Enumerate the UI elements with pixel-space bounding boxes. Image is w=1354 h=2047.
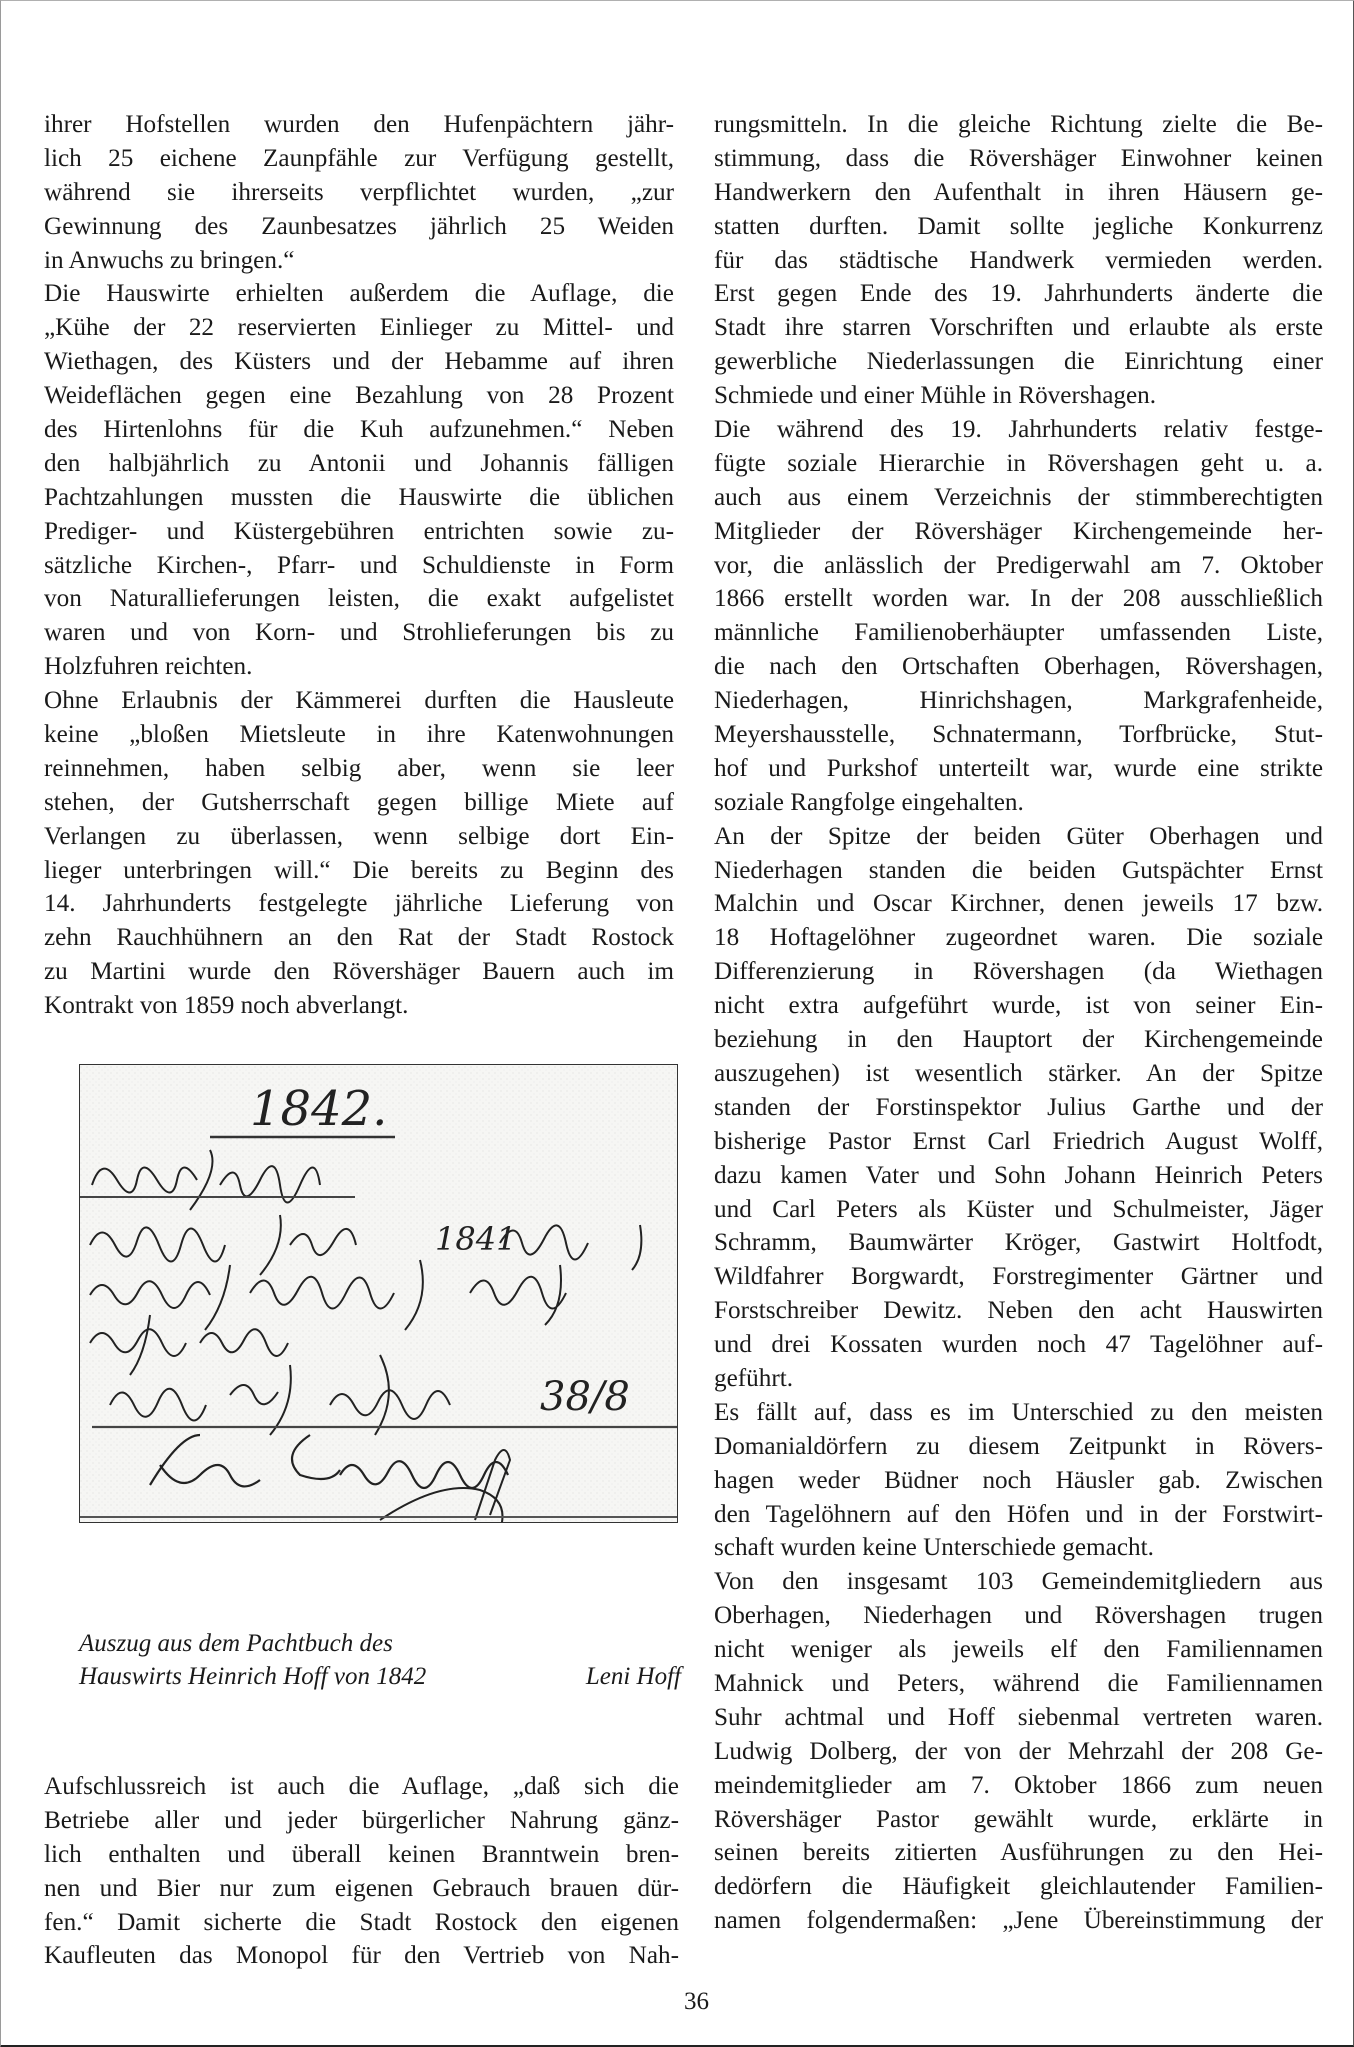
text-line: schaft wurden keine Unterschiede gemacht… — [714, 1531, 1323, 1565]
text-line: Meyershausstelle, Schnatermann, Torfbrüc… — [714, 718, 1323, 752]
text-line: sätzliche Kirchen-, Pfarr- und Schuldien… — [44, 549, 674, 583]
handwritten-ledger-image: 1842. 1841 38/8 — [79, 1064, 678, 1523]
text-line: stehen, der Gutsherrschaft gegen billige… — [44, 786, 674, 820]
text-line: nicht extra aufgeführt wurde, ist von se… — [714, 989, 1323, 1023]
text-line: Gewinnung des Zaunbesatzes jährlich 25 W… — [44, 210, 674, 244]
right-column-text: rungsmitteln. In die gleiche Richtung zi… — [714, 108, 1323, 1938]
text-line: nen und Bier nur zum eigenen Gebrauch br… — [44, 1872, 679, 1906]
handwriting-illustration: 1842. 1841 38/8 — [80, 1065, 677, 1522]
text-line: Die Hauswirte erhielten außerdem die Auf… — [44, 277, 674, 311]
text-line: dazu kamen Vater und Sohn Johann Heinric… — [714, 1159, 1323, 1193]
page-number: 36 — [684, 1988, 709, 2016]
text-line: 1866 erstellt worden war. In der 208 aus… — [714, 582, 1323, 616]
text-line: ihrer Hofstellen wurden den Hufenpächter… — [44, 108, 674, 142]
text-line: Verlangen zu überlassen, wenn selbige do… — [44, 820, 674, 854]
left-column-bottom-text: Aufschlussreich ist auch die Auflage, „d… — [44, 1770, 679, 1973]
text-line: Handwerkern den Aufenthalt in ihren Häus… — [714, 176, 1323, 210]
text-line: Ohne Erlaubnis der Kämmerei durften die … — [44, 684, 674, 718]
text-line: den halbjährlich zu Antonii und Johannis… — [44, 447, 674, 481]
text-line: geführt. — [714, 1362, 1323, 1396]
caption-line: Auszug aus dem Pachtbuch des — [79, 1627, 681, 1660]
figure-caption: Auszug aus dem Pachtbuch des Hauswirts H… — [79, 1627, 681, 1693]
text-line: fügte soziale Hierarchie in Rövershagen … — [714, 447, 1323, 481]
book-page: ihrer Hofstellen wurden den Hufenpächter… — [0, 0, 1354, 2047]
text-line: vor, die anlässlich der Predigerwahl am … — [714, 549, 1323, 583]
text-line: Schmiede und einer Mühle in Rövershagen. — [714, 379, 1323, 413]
text-line: Es fällt auf, dass es im Unterschied zu … — [714, 1396, 1323, 1430]
text-line: „Kühe der 22 reservierten Einlieger zu M… — [44, 311, 674, 345]
text-line: Pachtzahlungen mussten die Hauswirte die… — [44, 481, 674, 515]
photo-credit: Leni Hoff — [586, 1660, 681, 1693]
text-line: hof und Purkshof unterteilt war, wurde e… — [714, 752, 1323, 786]
text-line: Ludwig Dolberg, der von der Mehrzahl der… — [714, 1735, 1323, 1769]
text-line: Kontrakt von 1859 noch abverlangt. — [44, 989, 674, 1023]
text-line: Schramm, Baumwärter Kröger, Gastwirt Hol… — [714, 1226, 1323, 1260]
text-line: Niederhagen standen die beiden Gutspächt… — [714, 854, 1323, 888]
text-line: Domanialdörfern zu diesem Zeitpunkt in R… — [714, 1430, 1323, 1464]
text-line: Stadt ihre starren Vorschriften und erla… — [714, 311, 1323, 345]
text-line: standen der Forstinspektor Julius Garthe… — [714, 1091, 1323, 1125]
text-line: Oberhagen, Niederhagen und Rövershagen t… — [714, 1599, 1323, 1633]
text-line: Erst gegen Ende des 19. Jahrhunderts änd… — [714, 277, 1323, 311]
text-line: Mitglieder der Rövershäger Kirchengemein… — [714, 515, 1323, 549]
text-line: den Tagelöhnern auf den Höfen und in der… — [714, 1498, 1323, 1532]
text-line: und Carl Peters als Küster und Schulmeis… — [714, 1193, 1323, 1227]
text-line: Von den insgesamt 103 Gemeindemitglieder… — [714, 1565, 1323, 1599]
text-line: für das städtische Handwerk vermieden we… — [714, 244, 1323, 278]
svg-text:1842.: 1842. — [250, 1081, 387, 1137]
text-line: des Hirtenlohns für die Kuh aufzunehmen.… — [44, 413, 674, 447]
text-line: nicht weniger als jeweils elf den Famili… — [714, 1633, 1323, 1667]
text-line: Rövershäger Pastor gewählt wurde, erklär… — [714, 1803, 1323, 1837]
text-line: Differenzierung in Rövershagen (da Wieth… — [714, 955, 1323, 989]
text-line: 18 Hoftagelöhner zugeordnet waren. Die s… — [714, 921, 1323, 955]
text-line: waren und von Korn- und Strohlieferungen… — [44, 616, 674, 650]
svg-text:1841: 1841 — [435, 1220, 516, 1258]
text-line: Wiethagen, des Küsters und der Hebamme a… — [44, 345, 674, 379]
text-line: statten durften. Damit sollte jegliche K… — [714, 210, 1323, 244]
text-line: und drei Kossaten wurden noch 47 Tagelöh… — [714, 1328, 1323, 1362]
caption-line: Hauswirts Heinrich Hoff von 1842 Leni Ho… — [79, 1660, 681, 1693]
text-line: Malchin und Oscar Kirchner, denen jeweil… — [714, 887, 1323, 921]
text-line: reinnehmen, haben selbig aber, wenn sie … — [44, 752, 674, 786]
caption-text: Hauswirts Heinrich Hoff von 1842 — [79, 1660, 426, 1693]
caption-text: Auszug aus dem Pachtbuch des — [79, 1627, 393, 1660]
text-line: Mahnick und Peters, während die Familien… — [714, 1667, 1323, 1701]
text-line: zehn Rauchhühnern an den Rat der Stadt R… — [44, 921, 674, 955]
text-line: seinen bereits zitierten Ausführungen zu… — [714, 1836, 1323, 1870]
text-line: meindemitglieder am 7. Oktober 1866 zum … — [714, 1769, 1323, 1803]
text-line: fen.“ Damit sicherte die Stadt Rostock d… — [44, 1906, 679, 1940]
text-line: Prediger- und Küstergebühren entrichten … — [44, 515, 674, 549]
text-line: Die während des 19. Jahrhunderts relativ… — [714, 413, 1323, 447]
text-line: Betriebe aller und jeder bürgerlicher Na… — [44, 1804, 679, 1838]
left-column-text: ihrer Hofstellen wurden den Hufenpächter… — [44, 108, 674, 1023]
text-line: Aufschlussreich ist auch die Auflage, „d… — [44, 1770, 679, 1804]
text-line: Niederhagen, Hinrichshagen, Markgrafenhe… — [714, 684, 1323, 718]
text-line: hagen weder Büdner noch Häusler gab. Zwi… — [714, 1464, 1323, 1498]
text-line: 14. Jahrhunderts festgelegte jährliche L… — [44, 887, 674, 921]
text-line: rungsmitteln. In die gleiche Richtung zi… — [714, 108, 1323, 142]
text-line: von Naturallieferungen leisten, die exak… — [44, 582, 674, 616]
svg-text:38/8: 38/8 — [540, 1374, 630, 1420]
text-line: Kaufleuten das Monopol für den Vertrieb … — [44, 1939, 679, 1973]
text-line: Suhr achtmal und Hoff siebenmal vertrete… — [714, 1701, 1323, 1735]
text-line: namen folgendermaßen: „Jene Übereinstimm… — [714, 1904, 1323, 1938]
text-line: soziale Rangfolge eingehalten. — [714, 786, 1323, 820]
text-line: dedörfern die Häufigkeit gleichlautender… — [714, 1870, 1323, 1904]
text-line: Forstschreiber Dewitz. Neben den acht Ha… — [714, 1294, 1323, 1328]
text-line: keine „bloßen Mietsleute in ihre Katenwo… — [44, 718, 674, 752]
text-line: männliche Familienoberhäupter umfassende… — [714, 616, 1323, 650]
text-line: lich 25 eichene Zaunpfähle zur Verfügung… — [44, 142, 674, 176]
text-line: bisherige Pastor Ernst Carl Friedrich Au… — [714, 1125, 1323, 1159]
text-line: gewerbliche Niederlassungen die Einricht… — [714, 345, 1323, 379]
text-line: An der Spitze der beiden Güter Oberhagen… — [714, 820, 1323, 854]
text-line: stimmung, dass die Rövershäger Einwohner… — [714, 142, 1323, 176]
text-line: Wildfahrer Borgwardt, Forstregimenter Gä… — [714, 1260, 1323, 1294]
text-line: lieger unterbringen will.“ Die bereits z… — [44, 854, 674, 888]
text-line: die nach den Ortschaften Oberhagen, Röve… — [714, 650, 1323, 684]
text-line: in Anwuchs zu bringen.“ — [44, 244, 674, 278]
text-line: lich enthalten und überall keinen Brannt… — [44, 1838, 679, 1872]
text-line: zu Martini wurde den Rövershäger Bauern … — [44, 955, 674, 989]
text-line: während sie ihrerseits verpflichtet wurd… — [44, 176, 674, 210]
text-line: beziehung in den Hauptort der Kirchengem… — [714, 1023, 1323, 1057]
text-line: Weideflächen gegen eine Bezahlung von 28… — [44, 379, 674, 413]
text-line: auch aus einem Verzeichnis der stimmbere… — [714, 481, 1323, 515]
text-line: Holzfuhren reichten. — [44, 650, 674, 684]
text-line: auszugehen) ist wesentlich stärker. An d… — [714, 1057, 1323, 1091]
